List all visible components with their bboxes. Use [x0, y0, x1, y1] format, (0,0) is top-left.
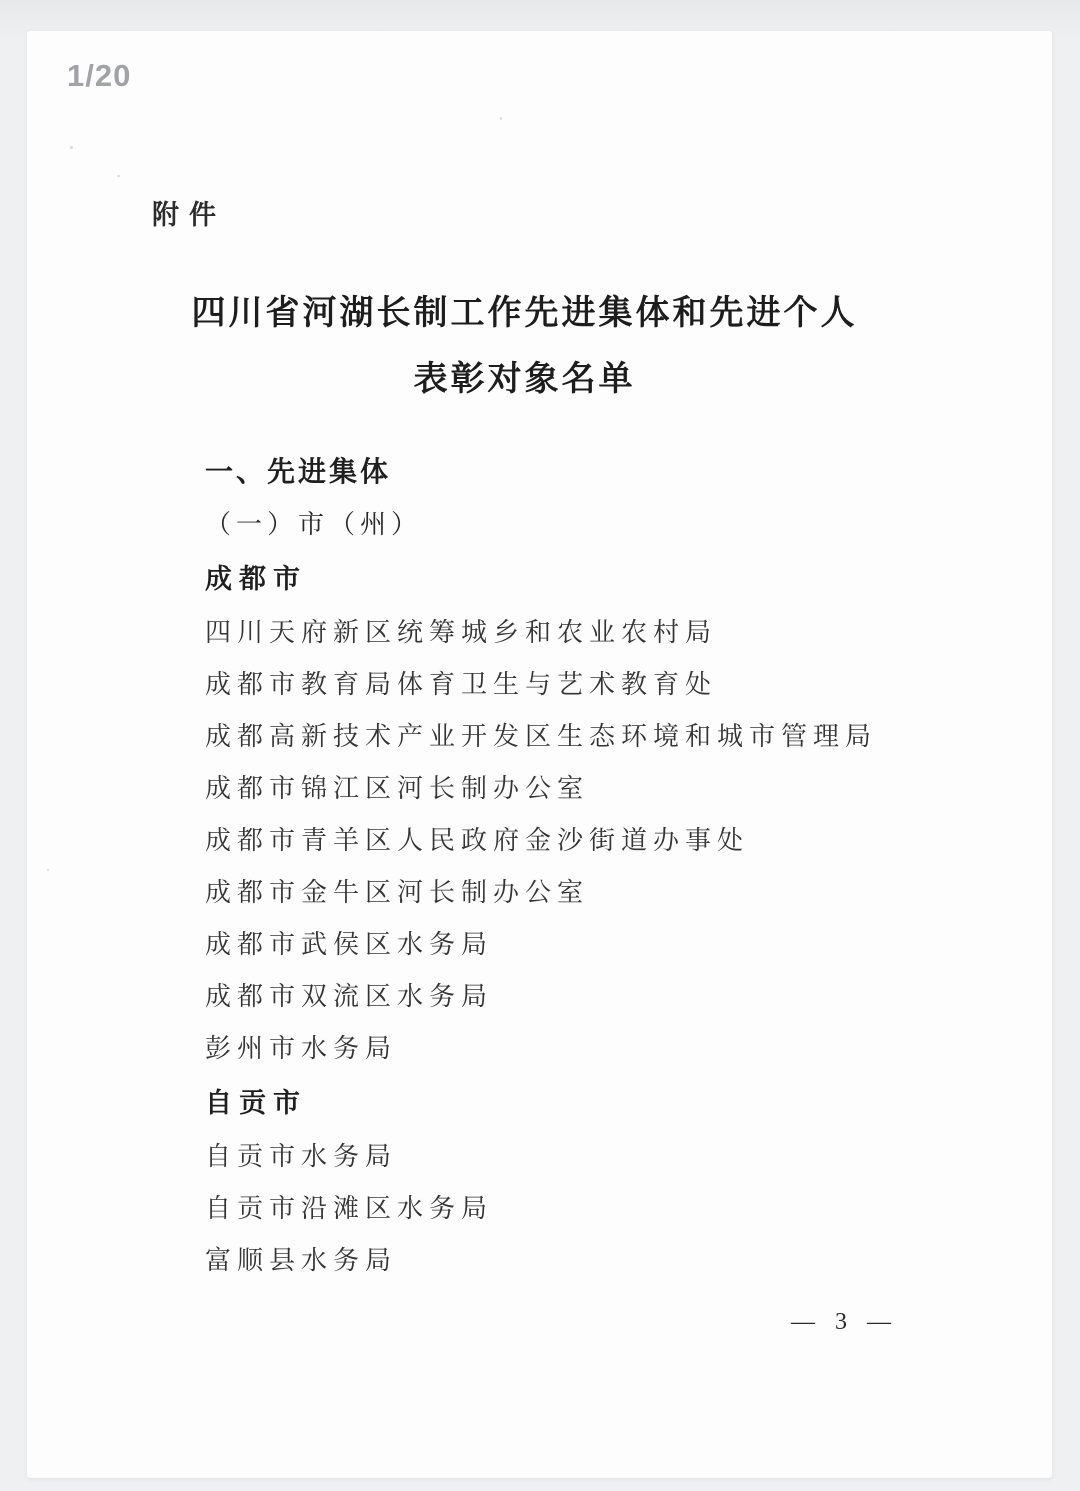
document-viewer: { "viewer": { "page_indicator": "1/20" }…	[0, 0, 1080, 1491]
org-list-item: 成都市锦江区河长制办公室	[205, 760, 997, 812]
document-title: 四川省河湖长制工作先进集体和先进个人 表彰对象名单	[27, 293, 1022, 401]
city-heading: 成都市	[205, 548, 997, 604]
org-list-item: 成都市教育局体育卫生与艺术教育处	[205, 656, 997, 708]
org-list-item: 富顺县水务局	[205, 1232, 997, 1284]
scan-speck	[500, 117, 502, 120]
org-list-item: 彭州市水务局	[205, 1020, 997, 1072]
org-list-item: 成都高新技术产业开发区生态环境和城市管理局	[205, 708, 997, 760]
title-line-2: 表彰对象名单	[27, 359, 1022, 401]
org-list-item: 自贡市沿滩区水务局	[205, 1180, 997, 1232]
section-heading: 一、先进集体	[205, 444, 997, 496]
org-list-item: 成都市金牛区河长制办公室	[205, 864, 997, 916]
org-list-item: 成都市青羊区人民政府金沙街道办事处	[205, 812, 997, 864]
document-body: 一、先进集体 （一）市（州） 成都市四川天府新区统筹城乡和农业农村局成都市教育局…	[205, 444, 997, 1284]
org-list-item: 四川天府新区统筹城乡和农业农村局	[205, 604, 997, 656]
document-page: 附件 四川省河湖长制工作先进集体和先进个人 表彰对象名单 一、先进集体 （一）市…	[27, 31, 1052, 1478]
city-heading: 自贡市	[205, 1072, 997, 1128]
award-groups: 成都市四川天府新区统筹城乡和农业农村局成都市教育局体育卫生与艺术教育处成都高新技…	[205, 548, 997, 1284]
org-list-item: 成都市武侯区水务局	[205, 916, 997, 968]
scan-speck	[70, 146, 73, 149]
subsection-heading: （一）市（州）	[205, 496, 997, 548]
title-line-1: 四川省河湖长制工作先进集体和先进个人	[27, 293, 1022, 335]
scan-speck	[47, 869, 49, 871]
org-list-item: 成都市双流区水务局	[205, 968, 997, 1020]
page-number: — 3 —	[791, 1309, 898, 1336]
page-indicator: 1/20	[67, 58, 131, 94]
scan-speck	[117, 175, 120, 177]
attachment-label: 附件	[152, 193, 226, 232]
org-list-item: 自贡市水务局	[205, 1128, 997, 1180]
